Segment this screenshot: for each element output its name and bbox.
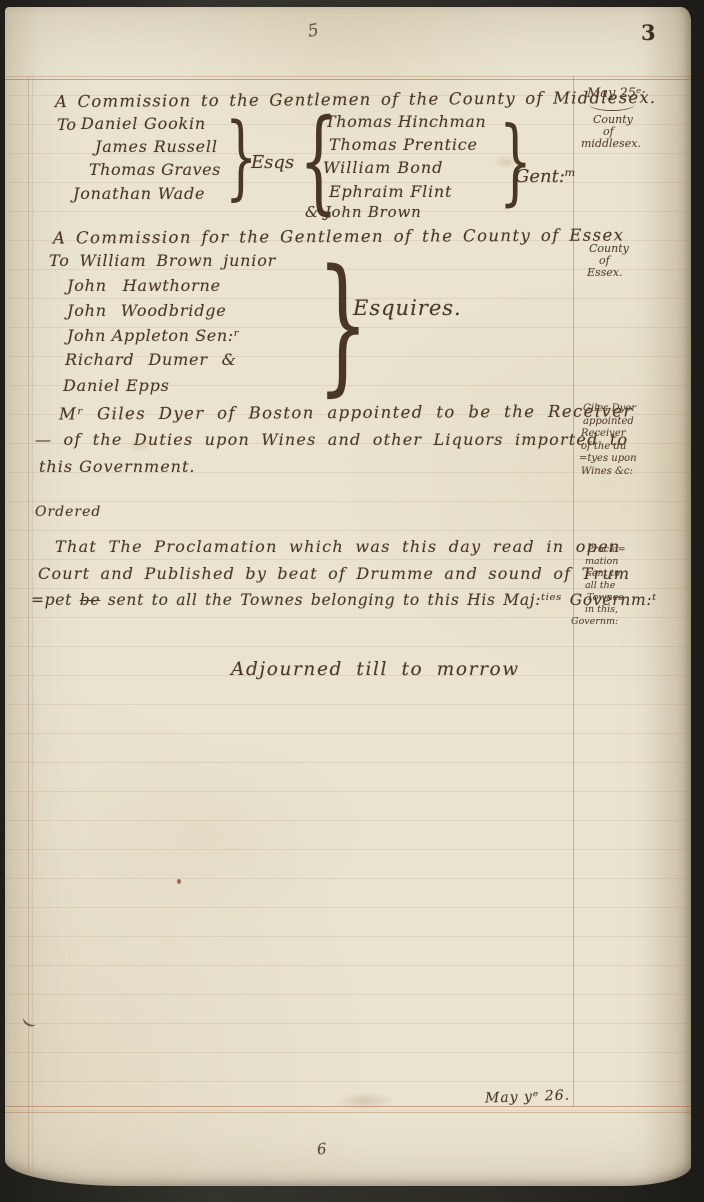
left-margin-rule-2 bbox=[32, 76, 33, 1172]
margin-note-line: all the bbox=[585, 581, 615, 591]
name-line: Thomas Graves bbox=[89, 161, 221, 179]
essex-group-brace: } bbox=[317, 250, 369, 398]
photographed-book: 3 5 A Commission to the Gentlemen of the… bbox=[0, 0, 704, 1202]
struck-word: be bbox=[80, 591, 101, 609]
name-line: & John Brown bbox=[305, 204, 422, 221]
line3-prefix: =pet bbox=[31, 591, 80, 609]
entry-text-line: — of the Duties upon Wines and other Liq… bbox=[35, 431, 628, 449]
bottom-date-note: May yᵉ 26. bbox=[485, 1089, 571, 1107]
margin-note-line: mation bbox=[585, 557, 618, 567]
margin-note-line: Giles Dyer bbox=[583, 403, 636, 414]
foxing-stain bbox=[125, 437, 155, 453]
folio-number: 3 bbox=[641, 21, 657, 44]
name-line: John Hawthorne bbox=[67, 277, 221, 295]
bottom-signature-mark: 6 bbox=[316, 1141, 327, 1158]
left-group-title: Esqs bbox=[251, 153, 294, 173]
name-line: Ephraim Flint bbox=[329, 183, 452, 201]
margin-note-line: Essex. bbox=[587, 267, 623, 279]
right-group-title: Gent:ᵐ bbox=[515, 167, 576, 187]
name-line: To William Brown junior bbox=[49, 252, 276, 270]
entry-text-line: That The Proclamation which was this day… bbox=[55, 538, 621, 556]
foxing-stain bbox=[493, 155, 519, 169]
margin-note-line: Townes bbox=[587, 593, 623, 603]
name-line: Richard Dumer & bbox=[65, 351, 237, 369]
margin-note-line: Receiver bbox=[581, 428, 626, 439]
margin-note-line: =tyes upon bbox=[579, 453, 637, 464]
top-rule bbox=[5, 79, 691, 80]
name-line: John Woodbridge bbox=[67, 302, 227, 320]
entry-text-line: Mʳ Giles Dyer of Boston appointed to be … bbox=[59, 402, 633, 423]
name-line: William Bond bbox=[323, 159, 443, 177]
margin-note-line: sent to bbox=[587, 569, 620, 579]
margin-note-line: Procla= bbox=[587, 545, 626, 555]
top-signature-mark: 5 bbox=[306, 21, 320, 41]
ordered-label: Ordered bbox=[35, 505, 101, 520]
top-rule-faint bbox=[5, 76, 691, 77]
name-line: Daniel Epps bbox=[63, 377, 170, 395]
name-line: Daniel Gookin bbox=[81, 115, 206, 133]
adjournment-line: Adjourned till to morrow bbox=[231, 660, 520, 680]
entry-heading-middlesex: A Commission to the Gentlemen of the Cou… bbox=[55, 89, 656, 111]
margin-note-line: appointed bbox=[583, 416, 634, 427]
margin-date: May 25ᵉ: bbox=[587, 87, 646, 101]
name-line: Jonathan Wade bbox=[73, 185, 205, 203]
margin-note-line: middlesex. bbox=[581, 138, 641, 150]
margin-flourish bbox=[589, 103, 635, 111]
red-ink-spot bbox=[177, 879, 181, 884]
entry-text-line-with-strike: =pet be sent to all the Townes belonging… bbox=[31, 592, 657, 609]
name-line: James Russell bbox=[95, 138, 218, 156]
margin-note-line: Wines &c: bbox=[581, 466, 633, 477]
left-margin-rule bbox=[28, 76, 29, 1172]
essex-group-title: Esquires. bbox=[353, 297, 462, 320]
manuscript-page: 3 5 A Commission to the Gentlemen of the… bbox=[5, 7, 691, 1186]
foxing-stain bbox=[335, 1092, 395, 1110]
margin-note-line: Governm: bbox=[571, 617, 618, 627]
name-line: Thomas Prentice bbox=[329, 136, 478, 154]
stray-ink-mark bbox=[21, 1012, 39, 1028]
entry-text-line: this Government. bbox=[39, 458, 195, 476]
line3-rest: sent to all the Townes belonging to this… bbox=[100, 591, 657, 609]
entry-text-line: Court and Published by beat of Drumme an… bbox=[38, 565, 630, 583]
bottom-rule-faint bbox=[5, 1112, 691, 1113]
margin-note-line: of the du bbox=[581, 441, 626, 452]
name-line: John Appleton Sen:ʳ bbox=[67, 327, 240, 345]
to-label: To bbox=[57, 116, 76, 134]
margin-note-line: in this, bbox=[585, 605, 618, 615]
name-line: Thomas Hinchman bbox=[325, 113, 486, 131]
